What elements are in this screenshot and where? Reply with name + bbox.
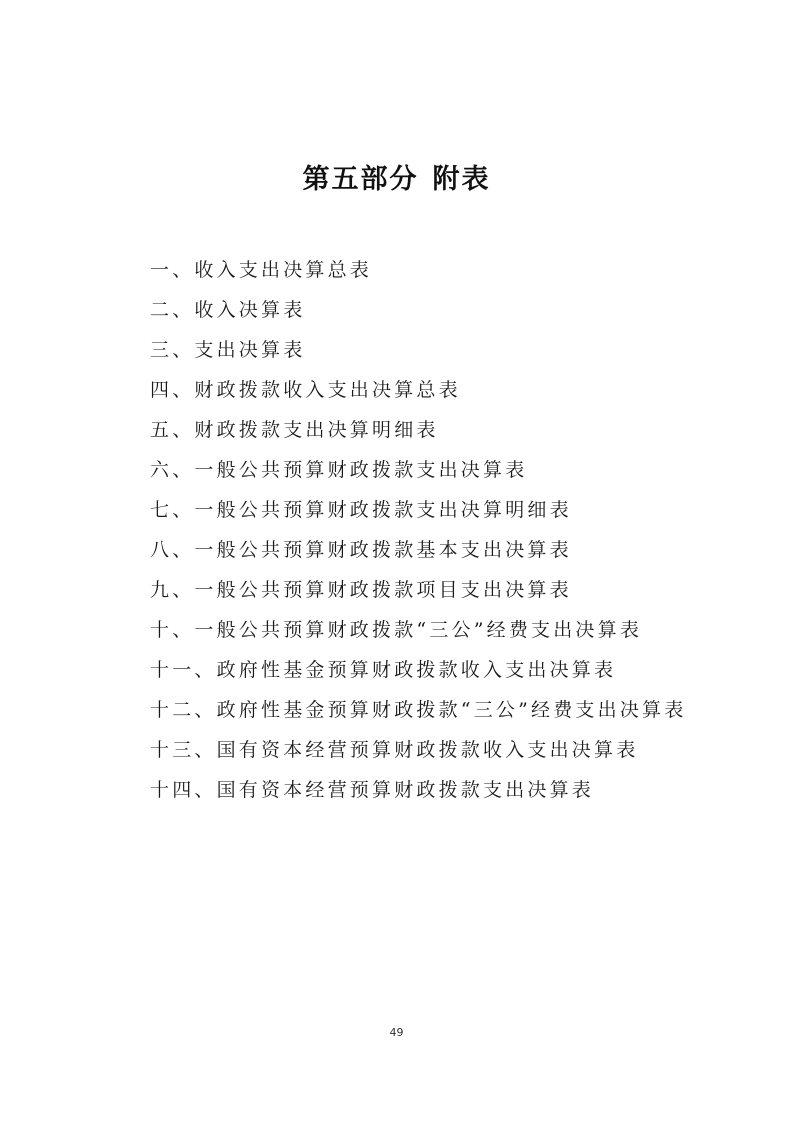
list-item: 五、财政拨款支出决算明细表: [150, 410, 686, 450]
title-name: 附表: [433, 164, 491, 195]
list-item: 二、收入决算表: [150, 290, 686, 330]
page-title: 第五部分附表: [0, 160, 793, 200]
list-item: 四、财政拨款收入支出决算总表: [150, 370, 686, 410]
appendix-table-list: 一、收入支出决算总表 二、收入决算表 三、支出决算表 四、财政拨款收入支出决算总…: [150, 250, 686, 810]
list-item: 十、一般公共预算财政拨款“三公”经费支出决算表: [150, 610, 686, 650]
page-number: 49: [0, 1026, 793, 1039]
list-item: 十二、政府性基金预算财政拨款“三公”经费支出决算表: [150, 690, 686, 730]
list-item: 六、一般公共预算财政拨款支出决算表: [150, 450, 686, 490]
list-item: 十三、国有资本经营预算财政拨款收入支出决算表: [150, 730, 686, 770]
title-part: 第五部分: [303, 164, 419, 195]
list-item: 九、一般公共预算财政拨款项目支出决算表: [150, 570, 686, 610]
list-item: 十四、国有资本经营预算财政拨款支出决算表: [150, 770, 686, 810]
list-item: 十一、政府性基金预算财政拨款收入支出决算表: [150, 650, 686, 690]
list-item: 七、一般公共预算财政拨款支出决算明细表: [150, 490, 686, 530]
list-item: 三、支出决算表: [150, 330, 686, 370]
list-item: 八、一般公共预算财政拨款基本支出决算表: [150, 530, 686, 570]
list-item: 一、收入支出决算总表: [150, 250, 686, 290]
